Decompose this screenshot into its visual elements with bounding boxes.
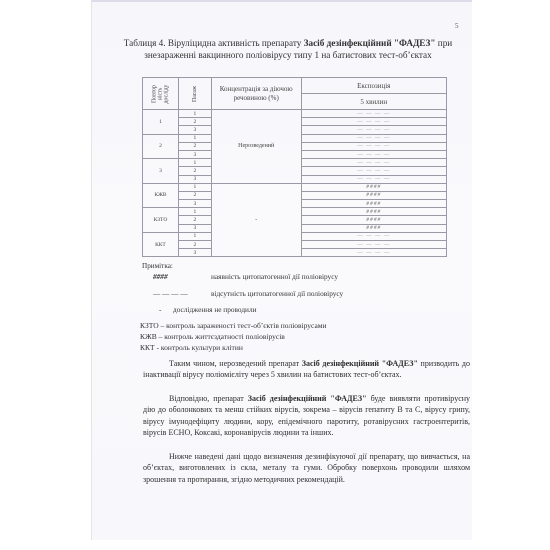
passage-cell: 3 <box>178 126 211 134</box>
group-label: 2 <box>143 134 179 159</box>
result-cell: — — — — <box>301 175 446 183</box>
table-body: 11Нерозведений— — — —2— — — —3— — — —21—… <box>143 110 447 257</box>
concentration-cell: - <box>211 183 301 257</box>
result-cell: — — — — <box>301 142 446 150</box>
result-cell: #### <box>301 191 446 199</box>
result-cell: — — — — <box>301 232 446 240</box>
paragraph-1: Таким чином, нерозведений препарат Засіб… <box>143 358 470 381</box>
passage-cell: 2 <box>178 191 211 199</box>
result-cell: — — — — <box>301 249 446 257</box>
abbr-kzhv: КЖВ – контроль життєздатності поліовірус… <box>140 332 285 341</box>
result-cell: — — — — <box>301 159 446 167</box>
result-cell: #### <box>301 200 446 208</box>
passage-cell: 3 <box>178 150 211 158</box>
page-number: 5 <box>455 22 459 30</box>
caption-prefix: Таблиця 4. Віруліцидна активність препар… <box>124 38 304 48</box>
passage-cell: 1 <box>178 110 211 118</box>
table-row: 11Нерозведений— — — — <box>143 110 447 118</box>
group-label: КЗТО <box>143 208 179 233</box>
legend-not-done: -дослідження не проводили <box>153 305 257 314</box>
paragraph-3: Нижче наведені дані щодо визначення дези… <box>143 451 470 485</box>
result-cell: — — — — <box>301 134 446 142</box>
passage-cell: 1 <box>178 232 211 240</box>
caption-product: Засіб дезінфекційний "ФАДЕЗ" <box>304 38 436 48</box>
note-title: Примітка: <box>142 261 173 271</box>
legend-positive: ####наявність цитопатогенної дії поліові… <box>153 272 338 281</box>
result-cell: — — — — <box>301 110 446 118</box>
header-repeat: Повтор ність досліду <box>143 78 179 110</box>
result-cell: — — — — <box>301 118 446 126</box>
result-cell: #### <box>301 216 446 224</box>
result-cell: — — — — <box>301 241 446 249</box>
passage-cell: 1 <box>178 134 211 142</box>
header-exposure-time: 5 хвилин <box>301 94 446 110</box>
abbr-kzto: КЗТО – контроль зараженості тест-об’єкті… <box>140 321 327 330</box>
header-passage: Пасаж <box>178 78 211 110</box>
passage-cell: 3 <box>178 200 211 208</box>
result-cell: #### <box>301 208 446 216</box>
header-concentration: Концентрація за діючою речовиною (%) <box>211 78 301 110</box>
group-label: ККТ <box>143 232 179 257</box>
passage-cell: 3 <box>178 249 211 257</box>
passage-cell: 2 <box>178 142 211 150</box>
abbr-kkt: ККТ - контроль культури клітин <box>140 343 243 352</box>
result-cell: #### <box>301 224 446 232</box>
result-cell: — — — — <box>301 167 446 175</box>
passage-cell: 3 <box>178 175 211 183</box>
passage-cell: 2 <box>178 241 211 249</box>
passage-cell: 2 <box>178 118 211 126</box>
passage-cell: 2 <box>178 216 211 224</box>
passage-cell: 1 <box>178 183 211 191</box>
group-label: 1 <box>143 110 179 135</box>
group-label: КЖВ <box>143 183 179 208</box>
legend-negative: — — — —відсутність цитопатогенної дії по… <box>153 289 343 298</box>
group-label: 3 <box>143 159 179 184</box>
passage-cell: 3 <box>178 224 211 232</box>
passage-cell: 1 <box>178 159 211 167</box>
result-cell: — — — — <box>301 150 446 158</box>
header-exposure: Експозиція <box>301 78 446 94</box>
virucidal-table: Повтор ність досліду Пасаж Концентрація … <box>142 77 447 257</box>
passage-cell: 1 <box>178 208 211 216</box>
paragraph-2: Відповідно, препарат Засіб дезінфекційни… <box>143 393 470 439</box>
passage-cell: 2 <box>178 167 211 175</box>
table-row: КЖВ1-#### <box>143 183 447 191</box>
result-cell: #### <box>301 183 446 191</box>
concentration-cell: Нерозведений <box>211 110 301 184</box>
result-cell: — — — — <box>301 126 446 134</box>
table-caption: Таблиця 4. Віруліцидна активність препар… <box>118 38 458 61</box>
